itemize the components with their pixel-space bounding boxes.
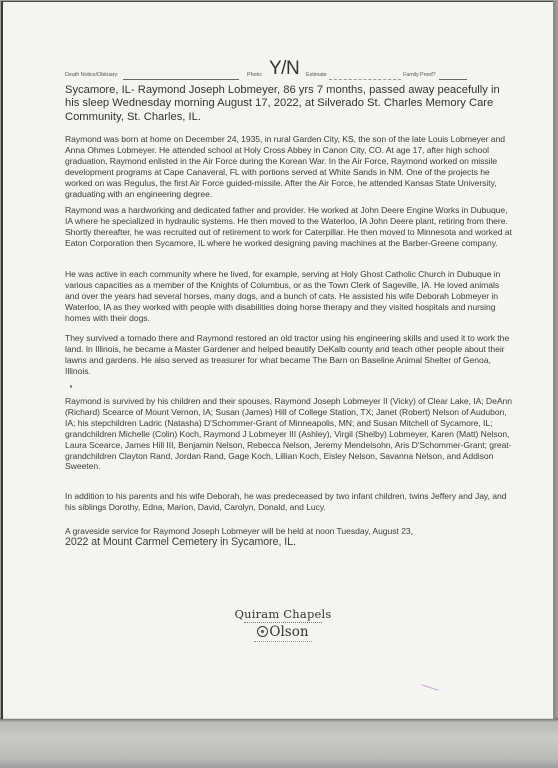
logo-line-quiram-chapels: Quiram Chapels bbox=[233, 607, 333, 621]
family-proof-label: Family Proof? bbox=[403, 72, 436, 78]
form-header: Death Notice/Obituary: Photo: Y/N Estima… bbox=[65, 61, 485, 83]
paragraph-early-life: Raymond was born at home on December 24,… bbox=[65, 134, 515, 199]
death-notice-blank bbox=[123, 79, 239, 80]
funeral-home-logo: Quiram Chapels Olson bbox=[233, 607, 333, 642]
death-notice-label: Death Notice/Obituary: bbox=[65, 72, 118, 78]
paragraph-survivors: Raymond is survived by his children and … bbox=[65, 396, 515, 472]
service-line-2: 2022 at Mount Carmel Cemetery in Sycamor… bbox=[65, 536, 296, 548]
page-edge bbox=[553, 1, 556, 719]
photo-label: Photo: bbox=[247, 72, 262, 78]
olson-emblem-icon bbox=[257, 626, 268, 637]
pen-mark bbox=[421, 684, 438, 691]
estimate-label: Estimate bbox=[306, 72, 327, 78]
paragraph-career: Raymond was a hardworking and dedicated … bbox=[65, 205, 515, 249]
service-line-1: A graveside service for Raymond Joseph L… bbox=[65, 526, 413, 536]
logo-tagline-rule bbox=[254, 641, 312, 642]
page-edge bbox=[1, 1, 3, 719]
logo-line-olson: Olson bbox=[269, 624, 308, 640]
page-edge bbox=[1, 1, 556, 2]
family-proof-blank bbox=[439, 79, 467, 80]
logo-divider bbox=[244, 622, 322, 623]
obituary-lead: Sycamore, IL- Raymond Joseph Lobmeyer, 8… bbox=[65, 84, 505, 124]
scan-speck bbox=[70, 385, 72, 388]
paragraph-service: A graveside service for Raymond Joseph L… bbox=[65, 526, 515, 548]
paragraph-community: He was active in each community where he… bbox=[65, 269, 515, 324]
paragraph-predeceased: In addition to his parents and his wife … bbox=[65, 491, 515, 513]
scanned-page: Death Notice/Obituary: Photo: Y/N Estima… bbox=[1, 1, 556, 719]
estimate-blank bbox=[329, 79, 401, 80]
paragraph-illinois: They survived a tornado there and Raymon… bbox=[65, 333, 515, 377]
photo-yn-value: Y/N bbox=[269, 58, 299, 80]
scanner-bed-background bbox=[0, 718, 558, 768]
